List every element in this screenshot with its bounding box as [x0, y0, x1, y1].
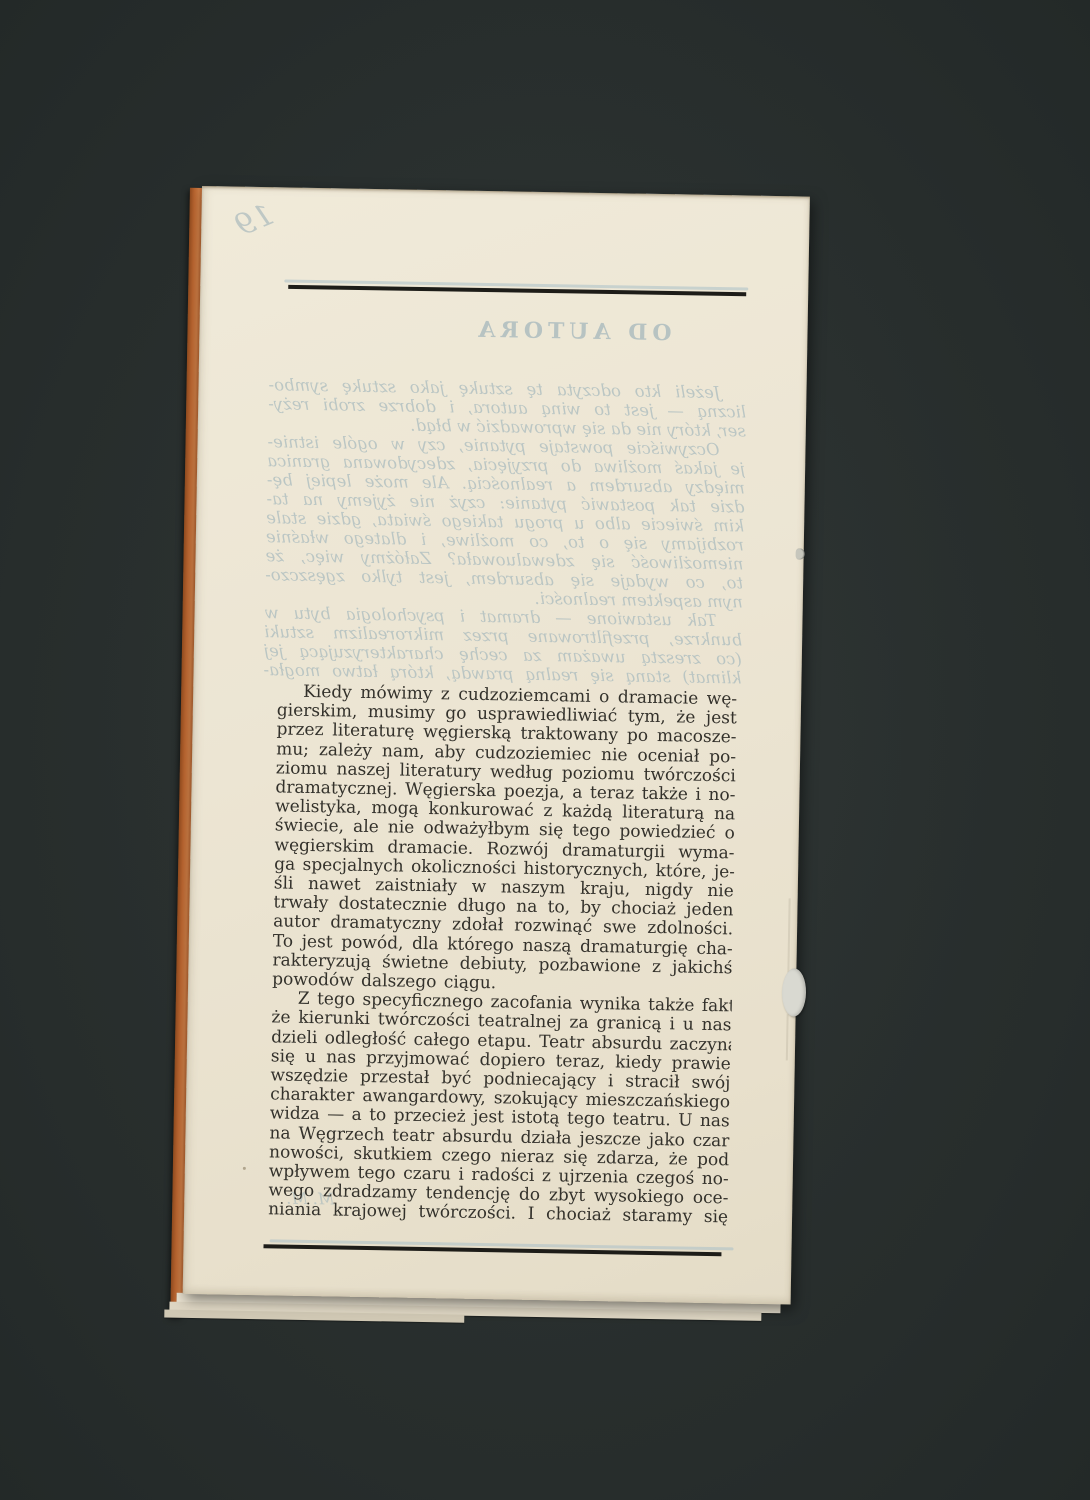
paragraph: Tak ustawione — dramat i psychologia byt…	[263, 603, 742, 687]
scan-background: 19 OD AUTORA Jeżeli kto odczyta tę sztuk…	[0, 0, 1090, 1500]
paragraph: Z tego specyficznego zacofania wynika ta…	[268, 990, 732, 1228]
paper-speck	[243, 1167, 246, 1170]
paper-speck	[311, 828, 314, 831]
paragraph: Kiedy mówimy z cudzoziemcami o dramacie …	[272, 682, 737, 997]
edge-nick	[796, 548, 805, 559]
torn-edge-chip	[782, 968, 807, 1016]
paper-crease	[786, 1014, 789, 1060]
paragraph: Jeżeli kto odczyta tę sztukę jako sztukę…	[268, 375, 747, 440]
bleedthrough-paragraphs: Jeżeli kto odczyta tę sztukę jako sztukę…	[263, 375, 746, 687]
page-paper: 19 OD AUTORA Jeżeli kto odczyta tę sztuk…	[183, 186, 810, 1304]
paper-crease	[787, 898, 790, 972]
bleedthrough-heading: OD AUTORA	[473, 315, 672, 348]
paragraph: Oczywiście powstaje pytanie, czy w ogóle…	[265, 432, 746, 611]
pencil-mark-bleed: 19	[230, 197, 279, 244]
bleedthrough-text-layer: OD AUTORA Jeżeli kto odczyta tę sztukę j…	[263, 311, 747, 687]
book-page: 19 OD AUTORA Jeżeli kto odczyta tę sztuk…	[183, 186, 810, 1304]
body-text: Kiedy mówimy z cudzoziemcami o dramacie …	[268, 682, 737, 1228]
